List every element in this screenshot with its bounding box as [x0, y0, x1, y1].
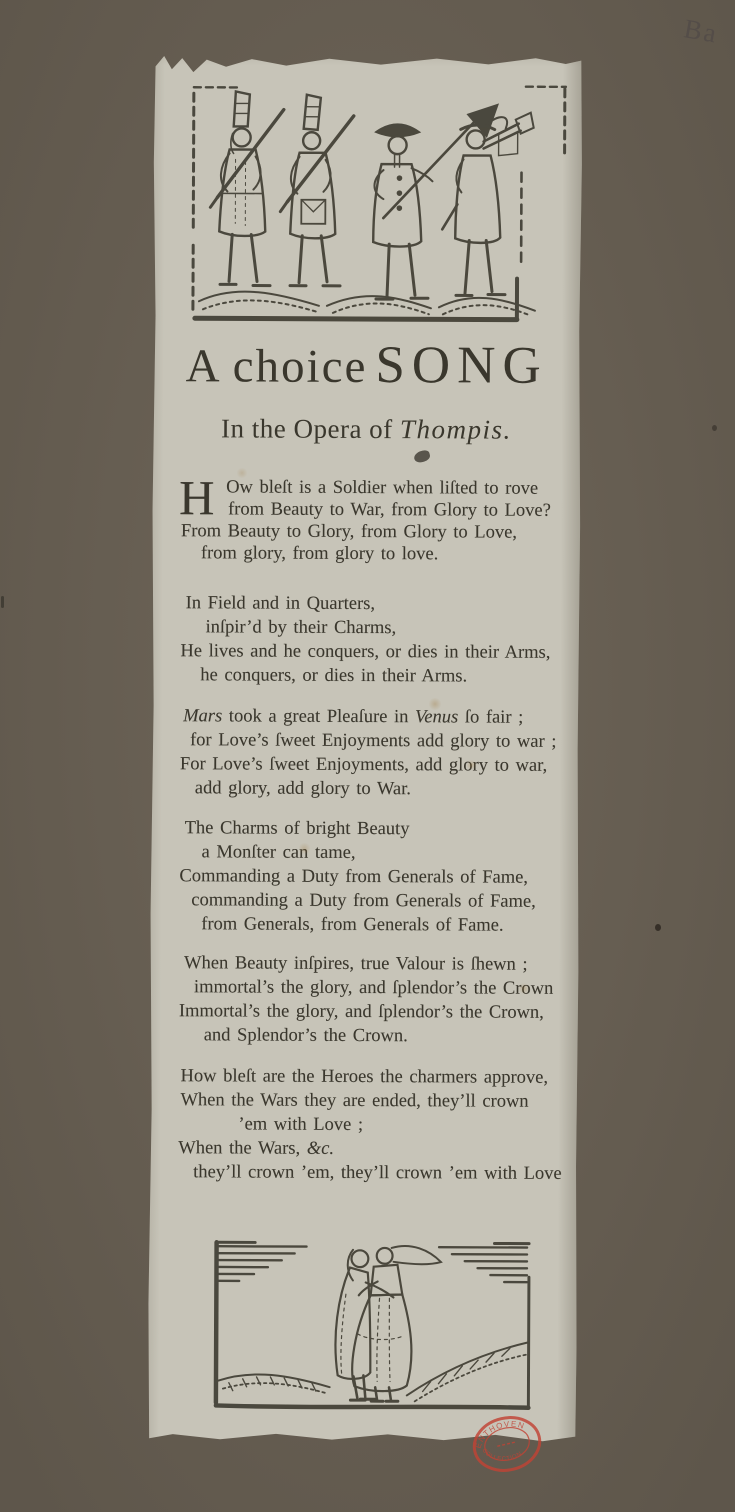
- verse-line: Mars took a great Pleaſure in Venus ſo f…: [180, 704, 580, 730]
- verse-line: The Charms of bright Beauty: [180, 816, 580, 842]
- stanza-3: Mars took a great Pleaſure in Venus ſo f…: [180, 704, 580, 802]
- verse-line: Ow bleſt is a Soldier when liſted to rov…: [181, 476, 581, 500]
- verse-line: For Love’s ſweet Enjoyments, add glory t…: [180, 752, 580, 778]
- mount-speck: [712, 425, 717, 431]
- verse-line: ’em with Love ;: [178, 1112, 578, 1138]
- verse-line: How bleſt are the Heroes the charmers ap…: [179, 1064, 579, 1090]
- stanza-1: H Ow bleſt is a Soldier when liſted to r…: [181, 476, 581, 566]
- pencil-annotation: Ba: [682, 13, 721, 49]
- verse-line: from Generals, from Generals of Fame.: [179, 912, 579, 938]
- title-prefix: A choice: [186, 340, 368, 393]
- title-word: SONG: [375, 336, 548, 395]
- verse-line: immortal’s the glory, and ſplendor’s the…: [179, 975, 579, 1001]
- stanza-5: When Beauty inſpires, true Valour is ſhe…: [179, 951, 579, 1049]
- verse-line: and Splendor’s the Crown.: [179, 1023, 579, 1049]
- broadside-sheet: A choiceSONG In the Opera of Thompis. H …: [147, 51, 583, 1445]
- couple-embracing-woodcut: [207, 1234, 538, 1413]
- stanza-2: In Field and in Quarters, inſpir’d by th…: [180, 591, 580, 689]
- subtitle-opera-name: Thompis.: [400, 414, 512, 444]
- mount-speck: [655, 924, 661, 931]
- page-title: A choiceSONG: [152, 334, 582, 396]
- verse-line: he conquers, or dies in their Arms.: [180, 663, 580, 689]
- subtitle: In the Opera of Thompis.: [151, 413, 581, 446]
- verse-line: Immortal’s the glory, and ſplendor’s the…: [179, 999, 579, 1025]
- edge-mark: [1, 596, 4, 608]
- drop-cap: H: [179, 477, 215, 519]
- verse-line: Commanding a Duty from Generals of Fame,: [179, 864, 579, 890]
- verse-line: inſpir’d by their Charms,: [180, 615, 580, 641]
- verse-line: He lives and he conquers, or dies in the…: [180, 639, 580, 665]
- stanza-4: The Charms of bright Beauty a Monſter ca…: [179, 816, 580, 938]
- verse-line: a Monſter can tame,: [179, 840, 579, 866]
- verse-etc-abbrev: &c.: [307, 1139, 334, 1159]
- verse-line: for Love’s ſweet Enjoyments add glory to…: [180, 728, 580, 754]
- verse-line: When the Wars they are ended, they’ll cr…: [178, 1088, 578, 1114]
- verse-word-venus: Venus: [415, 707, 458, 727]
- verse-line: add glory, add glory to War.: [180, 776, 580, 802]
- verse-line: commanding a Duty from Generals of Fame,: [179, 888, 579, 914]
- verse-line: From Beauty to Glory, from Glory to Love…: [181, 520, 581, 544]
- verse-line: When Beauty inſpires, true Valour is ſhe…: [179, 951, 579, 977]
- photo-mount-background: Ba: [0, 0, 735, 1512]
- verse-line: from Beauty to War, from Glory to Love?: [181, 498, 581, 522]
- verse-line: they’ll crown ’em, they’ll crown ’em wit…: [178, 1160, 578, 1186]
- verse-line: When the Wars, &c.: [178, 1136, 578, 1162]
- verse-word-mars: Mars: [183, 706, 222, 726]
- svg-text:COLLECTION: COLLECTION: [480, 1440, 524, 1468]
- subtitle-prefix: In the Opera of: [221, 413, 400, 444]
- stanza-6: How bleſt are the Heroes the charmers ap…: [178, 1064, 579, 1186]
- verse-line: In Field and in Quarters,: [181, 591, 581, 617]
- stamp-bottom-text: COLLECTION: [480, 1440, 524, 1468]
- verse-line: from glory, from glory to love.: [181, 542, 581, 566]
- soldiers-marching-woodcut: [187, 81, 578, 328]
